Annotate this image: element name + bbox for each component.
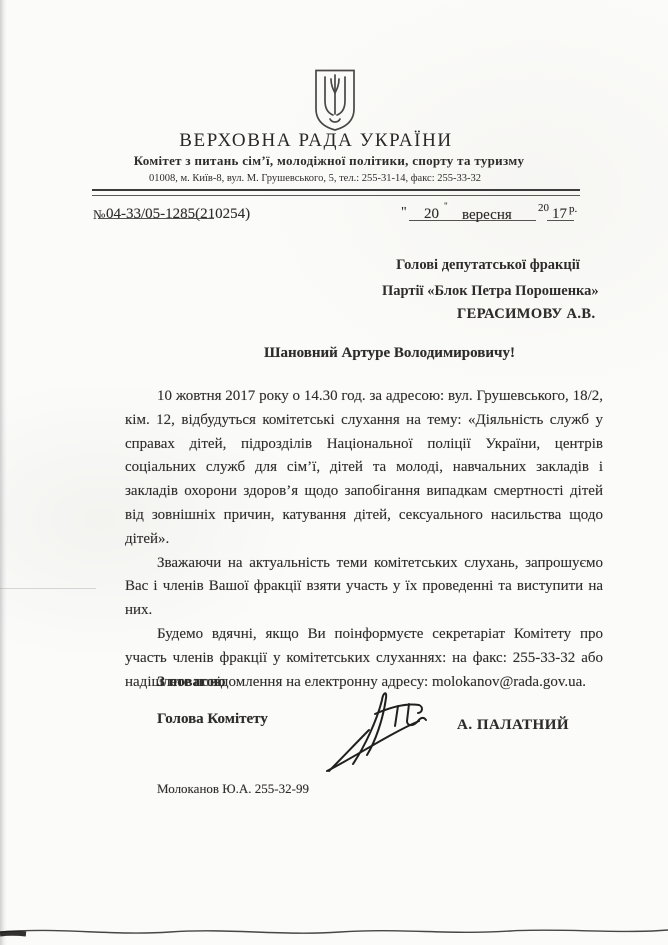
handwritten-signature	[305, 672, 435, 777]
date-month: вересня	[462, 207, 512, 224]
ukraine-trident-emblem-icon	[312, 68, 358, 132]
scanned-letter-page: ВЕРХОВНА РАДА УКРАЇНИ Комітет з питань с…	[0, 0, 668, 945]
committee-name: Комітет з питань сім’ї, молодіжної політ…	[0, 153, 658, 169]
scan-edge-artifact-bottom	[0, 922, 668, 942]
date-century: 20	[538, 202, 549, 214]
addressee-line-1: Голові депутатської фракції	[382, 253, 594, 279]
addressee-line-2: Партії «Блок Петра Порошенка»	[382, 279, 594, 305]
closing-regards: З повагою	[157, 674, 225, 691]
executor-contact: Молоканов Ю.А. 255-32-99	[157, 781, 309, 797]
addressee-block: Голові депутатської фракції Партії «Блок…	[382, 253, 594, 304]
date-day: 20	[424, 206, 439, 223]
addressee-name: ГЕРАСИМОВУ А.В.	[457, 306, 596, 323]
letter-body: 10 жовтня 2017 року о 14.30 год. за адре…	[125, 385, 603, 694]
date-close-quote: "	[444, 201, 448, 211]
scan-crease-line	[0, 588, 96, 589]
date-year: 17	[552, 206, 567, 223]
letterhead-divider	[92, 189, 580, 196]
org-title: ВЕРХОВНА РАДА УКРАЇНИ	[0, 130, 632, 152]
ref-number-value: 04-33/05-1285(210254)	[106, 206, 250, 223]
preprinted-line-number	[98, 218, 214, 219]
signer-name: А. ПАЛАТНИЙ	[457, 717, 569, 734]
body-paragraph-2: Зважаючи на актуальність теми комітетськ…	[125, 552, 603, 623]
ref-number-label: №	[93, 207, 105, 223]
salutation: Шановний Артуре Володимировичу!	[264, 345, 515, 362]
date-open-quote: "	[401, 205, 407, 221]
date-era-suffix: р.	[569, 203, 577, 215]
signer-position: Голова Комітету	[157, 711, 268, 728]
scan-edge-artifact-top	[0, 0, 668, 4]
body-paragraph-1: 10 жовтня 2017 року о 14.30 год. за адре…	[125, 385, 603, 552]
letterhead-address: 01008, м. Київ-8, вул. М. Грушевського, …	[0, 173, 630, 184]
